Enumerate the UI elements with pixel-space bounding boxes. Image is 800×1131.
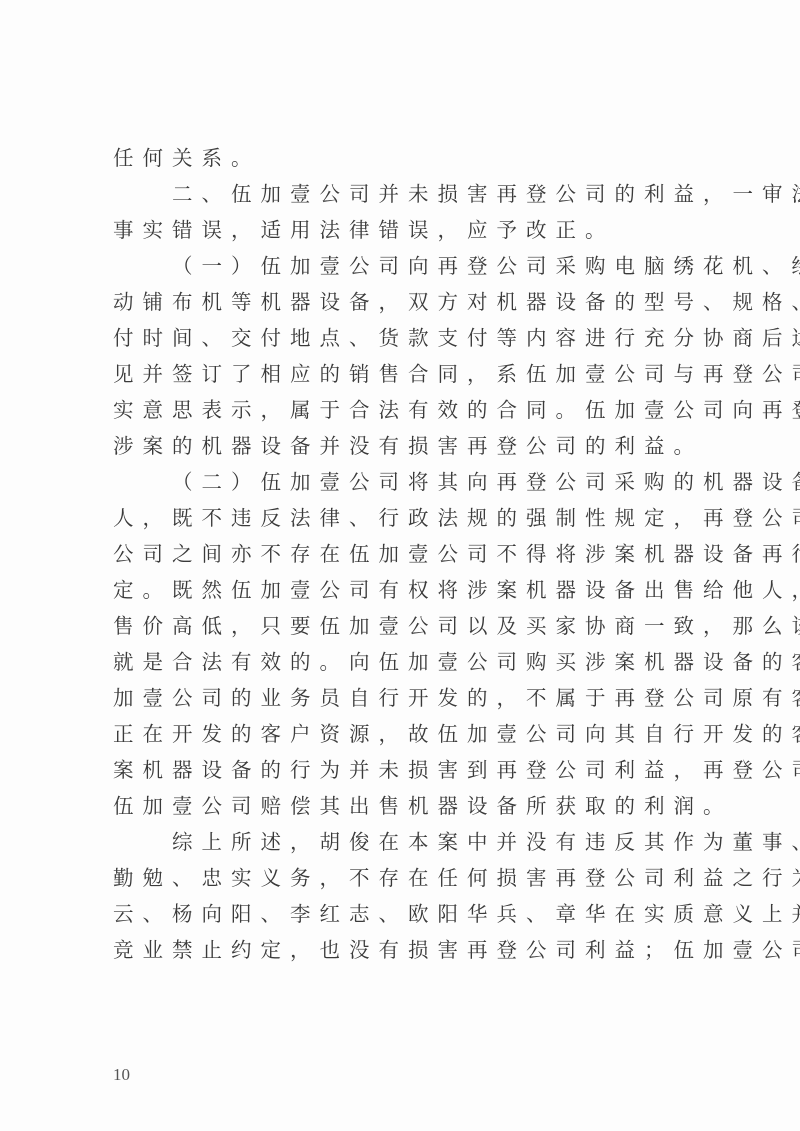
text-line: 付时间、交付地点、货款支付等内容进行充分协商后达成一致意	[113, 320, 713, 356]
text-line: 实意思表示，属于合法有效的合同。伍加壹公司向再登公司采购	[113, 392, 713, 428]
text-line: （二）伍加壹公司将其向再登公司采购的机器设备销售给他	[113, 464, 713, 500]
text-line: （一）伍加壹公司向再登公司采购电脑绣花机、绘图仪、自	[113, 248, 713, 284]
text-line: 案机器设备的行为并未损害到再登公司利益，再登公司无权要求	[113, 752, 713, 788]
text-line: 二、伍加壹公司并未损害再登公司的利益，一审法院认定	[113, 176, 713, 212]
text-line: 任何关系。	[113, 140, 713, 176]
text-line: 售价高低，只要伍加壹公司以及买家协商一致，那么该转让行为	[113, 608, 713, 644]
text-line: 就是合法有效的。向伍加壹公司购买涉案机器设备的客户均是伍	[113, 644, 713, 680]
text-line: 综上所述，胡俊在本案中并没有违反其作为董事、高管的	[113, 824, 713, 860]
text-line: 公司之间亦不存在伍加壹公司不得将涉案机器设备再行销售的约	[113, 536, 713, 572]
text-line: 勤勉、忠实义务，不存在任何损害再登公司利益之行为；梁业	[113, 860, 713, 896]
text-line: 动铺布机等机器设备，双方对机器设备的型号、规格、价格、交	[113, 284, 713, 320]
document-body: 任何关系。 二、伍加壹公司并未损害再登公司的利益，一审法院认定 事实错误，适用法…	[113, 140, 713, 968]
text-line: 正在开发的客户资源，故伍加壹公司向其自行开发的客户出售涉	[113, 716, 713, 752]
text-line: 事实错误，适用法律错误，应予改正。	[113, 212, 713, 248]
text-line: 云、杨向阳、李红志、欧阳华兵、章华在实质意义上并没有违反	[113, 896, 713, 932]
text-line: 加壹公司的业务员自行开发的，不属于再登公司原有客户资源或	[113, 680, 713, 716]
text-line: 见并签订了相应的销售合同，系伍加壹公司与再登公司之间的真	[113, 356, 713, 392]
text-line: 人，既不违反法律、行政法规的强制性规定，再登公司与伍加壹	[113, 500, 713, 536]
text-line: 涉案的机器设备并没有损害再登公司的利益。	[113, 428, 713, 464]
text-line: 伍加壹公司赔偿其出售机器设备所获取的利润。	[113, 788, 713, 824]
text-line: 竞业禁止约定，也没有损害再登公司利益；伍加壹公司向再登公	[113, 932, 713, 968]
page-number: 10	[113, 1065, 130, 1085]
text-line: 定。既然伍加壹公司有权将涉案机器设备出售给他人，那么不管	[113, 572, 713, 608]
